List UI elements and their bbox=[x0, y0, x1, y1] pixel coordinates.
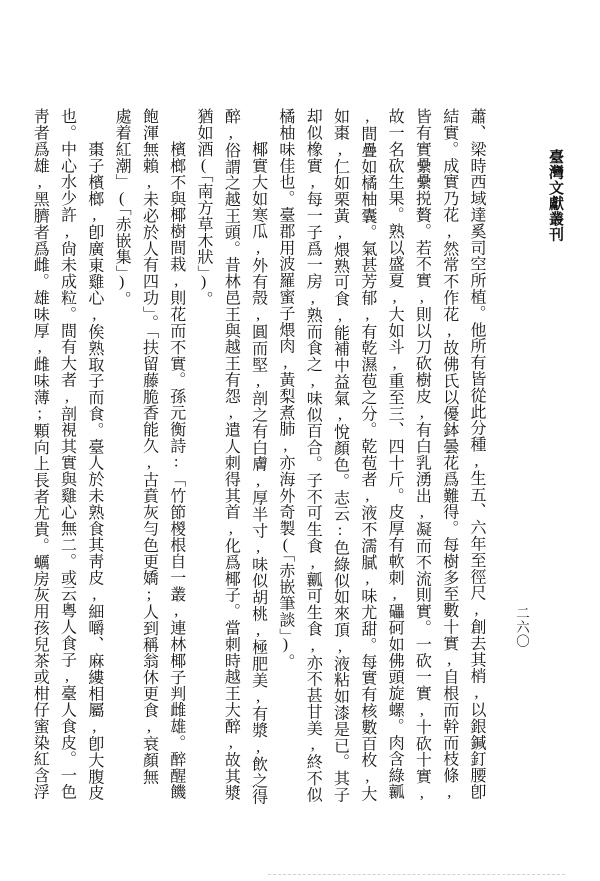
text-column: ,間疊如橘柚囊。氣甚芳郁,有乾濕苞之分。乾苞者,液不濡膩,味尤甜。每實有核數百枚… bbox=[354, 108, 381, 828]
text-column: 如棗,仁如栗黃,煨熟可食,能補中益氣,悅顏色。志云:色綠似如來頂,液粘如漆是已。… bbox=[326, 108, 353, 828]
text-column-paragraph-start: 檳榔不與椰樹間栽,則花而不實。孫元衡詩:「竹節椶根自一叢,連林椰子判雌雄。醉醒饑 bbox=[162, 108, 189, 828]
text-column: 橘柚味佳也。臺郡用波羅蜜子煨肉,黃梨煮肺,亦海外奇製(「赤嵌筆談」)。 bbox=[272, 108, 299, 828]
text-column: 却似橡實,每一子爲一房,熟而食之,味似百合。子不可生食,瓤可生食,亦不甚甘美,終… bbox=[299, 108, 326, 828]
text-column: 皆有實纍纍捝贅。若不實,則以刀砍樹皮,有白乳湧出,凝而不流則實。一砍一實,十砍十… bbox=[408, 108, 435, 828]
text-column-paragraph-start: 椰實大如寒瓜,外有殼,圓而堅,剖之有白膚,厚半寸,味似胡桃,極肥美,有漿,飲之得 bbox=[244, 108, 271, 828]
series-title: 臺灣文獻叢刊 bbox=[545, 149, 566, 242]
scanned-book-page: 臺灣文獻叢刊 二六〇 蕭、梁時西域達奚司空所植。他所有皆從此分種,生五、六年至徑… bbox=[0, 0, 600, 881]
scan-artifact-line bbox=[268, 874, 565, 875]
text-column: 蕭、梁時西域達奚司空所植。他所有皆從此分種,生五、六年至徑尺,創去其梢,以銀鍼釘… bbox=[463, 108, 490, 828]
text-column-paragraph-start: 棗子檳榔,卽廣東雞心,俟熟取子而食。臺人於未熟食其靑皮,細嚼、麻縷相屬,卽大腹皮 bbox=[81, 108, 108, 828]
page-number: 二六〇 bbox=[511, 606, 531, 648]
text-column: 靑者爲雄,黑臍者爲雌。雄味厚,雌味薄;顆向上長者尤貴。蠣房灰用孩兒茶或柑仔蜜染紅… bbox=[26, 108, 53, 828]
main-text-block: 蕭、梁時西域達奚司空所植。他所有皆從此分種,生五、六年至徑尺,創去其梢,以銀鍼釘… bbox=[25, 108, 490, 838]
text-column: 結實。成實乃花,然常不作花,故佛氏以優鉢曇花爲難得。每樹多至數十實,自根而幹而枝… bbox=[435, 108, 462, 828]
text-column: 猶如酒(「南方草木狀」)。 bbox=[190, 108, 217, 828]
text-column: 處着紅潮」(「赤嵌集」)。 bbox=[108, 108, 135, 828]
text-column: 也。中心水少許,尙未成粒。間有大者,剖視其實與雞心無二。或云粵人食子,臺人食皮。… bbox=[53, 108, 80, 828]
text-column: 故一名砍生果。熟以盛夏,大如斗,重至三、四十斤。皮厚有軟刺,礧砢如佛頭旋螺。肉含… bbox=[381, 108, 408, 828]
text-column: 飽渾無賴,未必於人有四功」。「扶留藤脆香能久,古賁灰勻色更嬌;人到稱翁休更食,衰… bbox=[135, 108, 162, 828]
text-column: 醉,俗謂之越王頭。昔林邑王與越王有怨,遣人刺得其首,化爲椰子。當刺時越王大醉,故… bbox=[217, 108, 244, 828]
